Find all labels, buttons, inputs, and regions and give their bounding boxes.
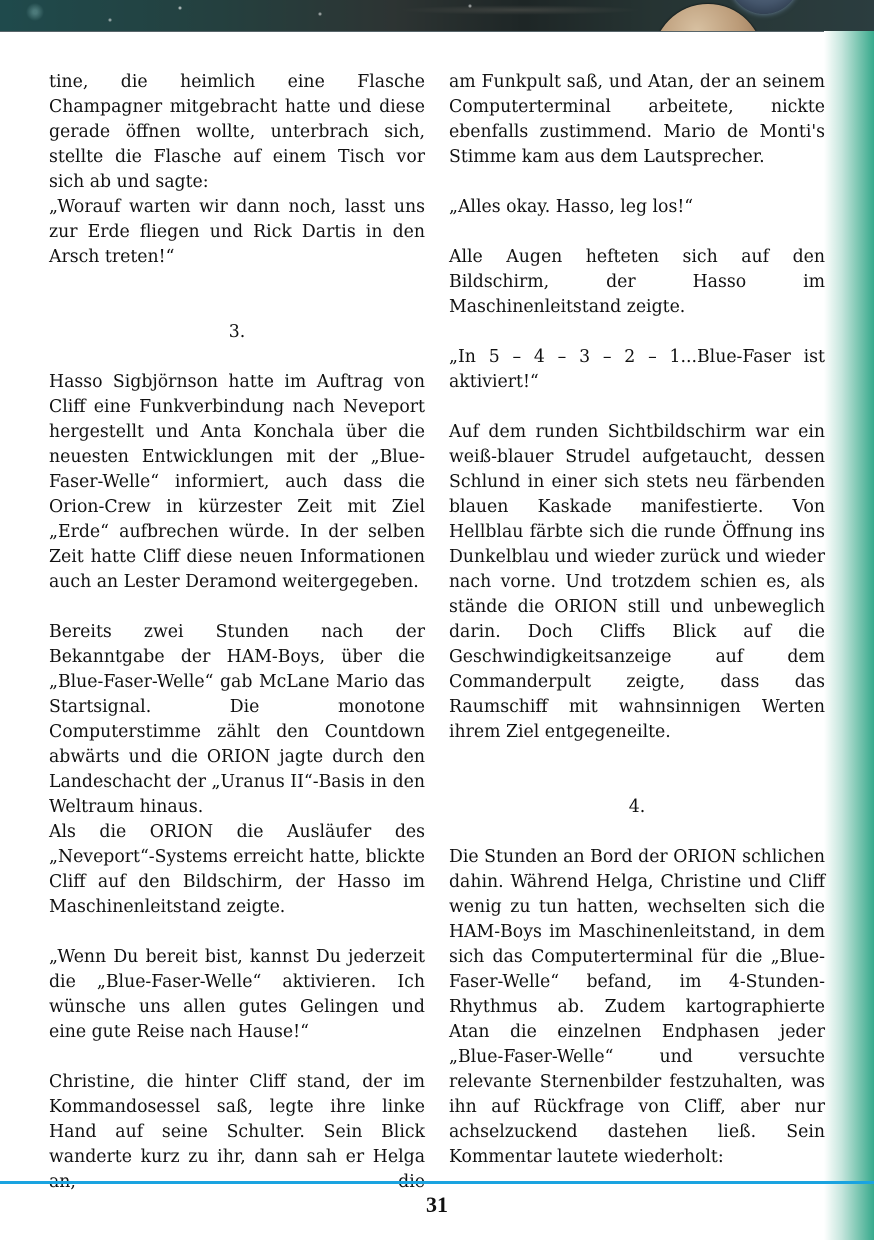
decorative-side-strip <box>824 31 874 1240</box>
paragraph: Als die ORION die Ausläufer des „Nevepor… <box>49 820 425 920</box>
paragraph: Hasso Sigbjörnson hatte im Auftrag von C… <box>49 370 425 595</box>
section-heading: 4. <box>449 795 825 820</box>
paragraph: tine, die heimlich eine Flasche Champagn… <box>49 70 425 195</box>
paragraph: Bereits zwei Stunden nach der Bekanntgab… <box>49 620 425 820</box>
right-column: am Funkpult saß, und Atan, der an seinem… <box>449 70 825 1170</box>
book-page: tine, die heimlich eine Flasche Champagn… <box>0 0 874 1240</box>
paragraph: Christine, die hinter Cliff stand, der i… <box>49 1070 425 1195</box>
page-number: 31 <box>0 1192 874 1218</box>
planet-earth-image <box>728 0 800 14</box>
paragraph: Auf dem runden Sichtbildschirm war ein w… <box>449 420 825 745</box>
section-heading: 3. <box>49 320 425 345</box>
paragraph: Die Stunden an Bord der ORION schlichen … <box>449 845 825 1170</box>
paragraph: „Worauf warten wir dann noch, lasst uns … <box>49 195 425 270</box>
paragraph: Alle Augen hefteten sich auf den Bildsch… <box>449 245 825 320</box>
paragraph: „Wenn Du bereit bist, kannst Du jederzei… <box>49 945 425 1045</box>
space-banner <box>0 0 874 32</box>
paragraph: „In 5 – 4 – 3 – 2 – 1...Blue-Faser ist a… <box>449 345 825 395</box>
left-column: tine, die heimlich eine Flasche Champagn… <box>49 70 425 1195</box>
paragraph: am Funkpult saß, und Atan, der an seinem… <box>449 70 825 170</box>
paragraph: „Alles okay. Hasso, leg los!“ <box>449 195 825 220</box>
footer-divider <box>0 1181 874 1184</box>
